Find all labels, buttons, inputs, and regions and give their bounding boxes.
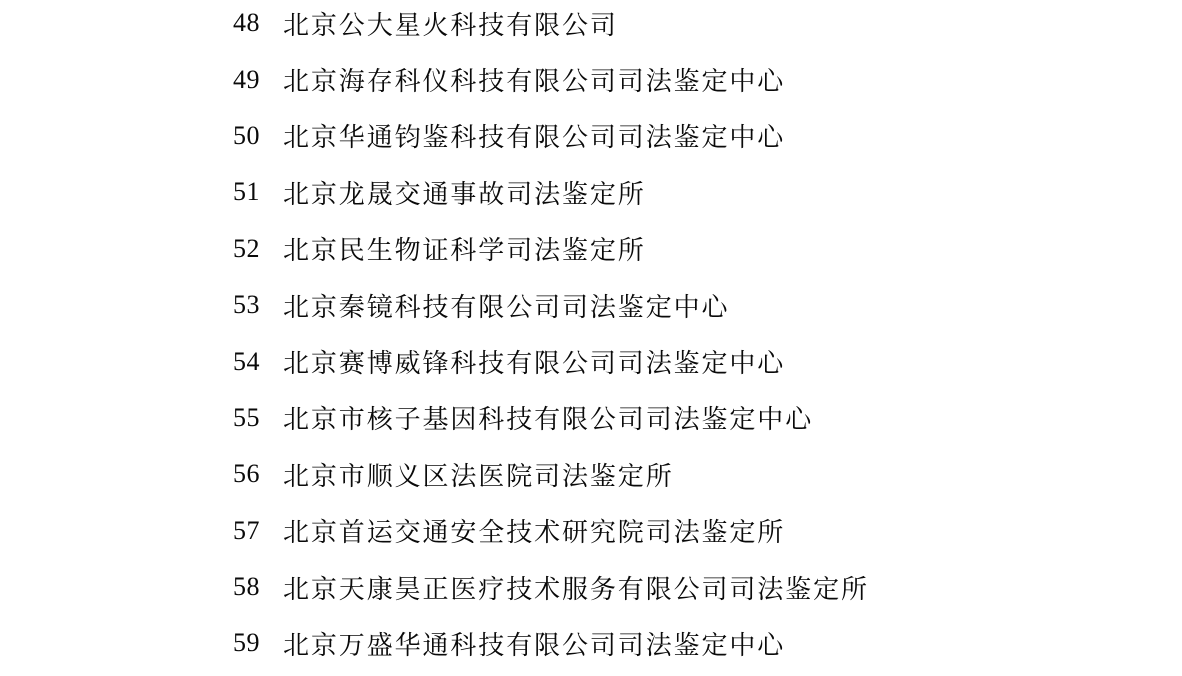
list-item: 56 北京市顺义区法医院司法鉴定所: [233, 446, 1182, 502]
item-name: 北京市顺义区法医院司法鉴定所: [283, 456, 674, 493]
list-item: 55 北京市核子基因科技有限公司司法鉴定中心: [233, 390, 1182, 446]
item-number: 52: [233, 234, 283, 264]
list-item: 57 北京首运交通安全技术研究院司法鉴定所: [233, 503, 1182, 559]
item-name: 北京民生物证科学司法鉴定所: [283, 230, 646, 267]
item-name: 北京华通钧鉴科技有限公司司法鉴定中心: [283, 117, 785, 154]
item-name: 北京市核子基因科技有限公司司法鉴定中心: [283, 399, 813, 436]
list-item: 58 北京天康昊正医疗技术服务有限公司司法鉴定所: [233, 559, 1182, 615]
item-number: 56: [233, 459, 283, 489]
list-item: 53 北京秦镜科技有限公司司法鉴定中心: [233, 277, 1182, 333]
item-name: 北京秦镜科技有限公司司法鉴定中心: [283, 287, 729, 324]
item-number: 49: [233, 65, 283, 95]
item-number: 51: [233, 177, 283, 207]
list-item: 51 北京龙晟交通事故司法鉴定所: [233, 164, 1182, 220]
item-name: 北京海存科仪科技有限公司司法鉴定中心: [283, 61, 785, 98]
item-name: 北京公大星火科技有限公司: [283, 5, 618, 42]
list-item: 48 北京公大星火科技有限公司: [233, 0, 1182, 51]
item-name: 北京天康昊正医疗技术服务有限公司司法鉴定所: [283, 569, 869, 606]
item-number: 50: [233, 121, 283, 151]
list-item: 59 北京万盛华通科技有限公司司法鉴定中心: [233, 615, 1182, 671]
item-number: 54: [233, 347, 283, 377]
item-number: 58: [233, 572, 283, 602]
list-item: 50 北京华通钧鉴科技有限公司司法鉴定中心: [233, 108, 1182, 164]
item-number: 57: [233, 516, 283, 546]
document-page: 48 北京公大星火科技有限公司 49 北京海存科仪科技有限公司司法鉴定中心 50…: [0, 0, 1182, 676]
item-number: 55: [233, 403, 283, 433]
item-name: 北京龙晟交通事故司法鉴定所: [283, 174, 646, 211]
item-name: 北京万盛华通科技有限公司司法鉴定中心: [283, 625, 785, 662]
institution-list: 48 北京公大星火科技有限公司 49 北京海存科仪科技有限公司司法鉴定中心 50…: [0, 0, 1182, 672]
list-item: 49 北京海存科仪科技有限公司司法鉴定中心: [233, 51, 1182, 107]
item-number: 48: [233, 8, 283, 38]
list-item: 54 北京赛博威锋科技有限公司司法鉴定中心: [233, 333, 1182, 389]
item-name: 北京首运交通安全技术研究院司法鉴定所: [283, 512, 785, 549]
item-number: 59: [233, 628, 283, 658]
item-name: 北京赛博威锋科技有限公司司法鉴定中心: [283, 343, 785, 380]
list-item: 52 北京民生物证科学司法鉴定所: [233, 221, 1182, 277]
item-number: 53: [233, 290, 283, 320]
